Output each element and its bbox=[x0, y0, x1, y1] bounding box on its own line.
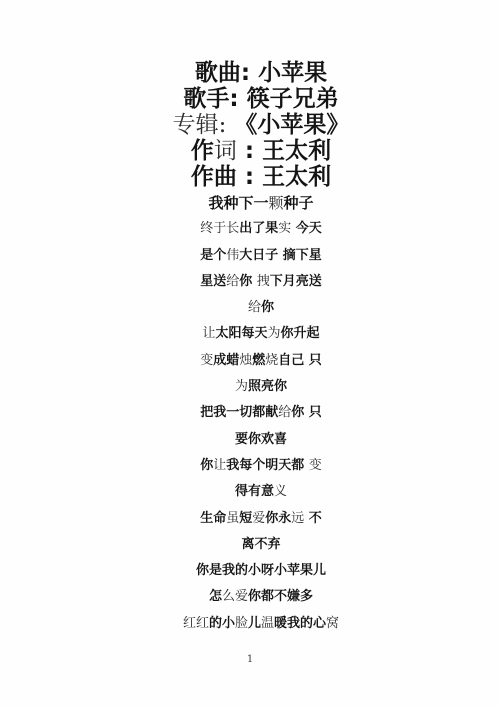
text-segment: 终于长 bbox=[200, 221, 239, 236]
text-segment: 给 bbox=[226, 274, 239, 289]
text-segment: 得有意 bbox=[235, 484, 274, 499]
lyric-line-17: 红红的小脸儿温暖我的心窝 bbox=[22, 611, 500, 637]
text-segment: 你升起 bbox=[281, 326, 320, 341]
text-segment: 么爱 bbox=[222, 589, 248, 604]
text-segment: 歌曲: 小苹果 bbox=[195, 60, 327, 86]
header-line-5: 作曲 : 王太利 bbox=[22, 164, 500, 190]
text-segment: 短 bbox=[239, 511, 252, 526]
text-segment: 给 bbox=[278, 405, 291, 420]
lyric-line-1: 我种下一颗种子 bbox=[22, 190, 500, 216]
lyric-line-13: 生命虽短爱你永远 不 bbox=[22, 506, 500, 532]
text-segment: 的小 bbox=[209, 616, 235, 631]
text-segment: 儿 bbox=[248, 616, 261, 631]
text-segment: 实 bbox=[278, 221, 291, 236]
text-segment: 要你欢喜 bbox=[235, 432, 287, 447]
text-segment: 不 bbox=[304, 511, 322, 526]
text-segment: 你 bbox=[261, 300, 274, 315]
text-segment: 为 bbox=[235, 379, 248, 394]
document-page: 歌曲: 小苹果歌手: 筷子兄弟专辑: 《小苹果》作词 : 王太利作曲 : 王太利… bbox=[0, 0, 500, 707]
text-segment: 星送 bbox=[200, 274, 226, 289]
text-segment: 出了果 bbox=[239, 221, 278, 236]
text-segment: 烛 bbox=[239, 353, 252, 368]
lyric-line-2: 终于长出了果实 今天 bbox=[22, 216, 500, 242]
lyric-line-10: 要你欢喜 bbox=[22, 427, 500, 453]
lyric-line-15: 你是我的小呀小苹果儿 bbox=[22, 558, 500, 584]
text-segment: 变 bbox=[309, 458, 322, 473]
text-segment: 今天 bbox=[291, 221, 322, 236]
text-segment: 为 bbox=[268, 326, 281, 341]
lyric-line-16: 怎么爱你都不嫌多 bbox=[22, 584, 500, 610]
text-segment: 你是我的小呀小苹果儿 bbox=[196, 563, 326, 578]
text-segment: 怎 bbox=[209, 589, 222, 604]
header-line-1: 歌曲: 小苹果 bbox=[22, 60, 500, 86]
text-segment: 生命 bbox=[200, 511, 226, 526]
lyric-line-7: 变成蜡烛燃烧自己 只 bbox=[22, 348, 500, 374]
text-segment: 《小苹果》 bbox=[226, 112, 349, 138]
lyric-line-8: 为照亮你 bbox=[22, 374, 500, 400]
lyric-line-4: 星送给你 拽下月亮送 bbox=[22, 269, 500, 295]
lyric-line-12: 得有意义 bbox=[22, 479, 500, 505]
text-segment: 太阳每天 bbox=[215, 326, 267, 341]
song-lyrics: 我种下一颗种子终于长出了果实 今天是个伟大日子 摘下星星送给你 拽下月亮送给你让… bbox=[22, 190, 500, 637]
lyric-line-5: 给你 bbox=[22, 295, 500, 321]
text-segment: 你都不嫌多 bbox=[248, 589, 313, 604]
text-segment: 红红 bbox=[183, 616, 209, 631]
text-segment: 是个 bbox=[200, 248, 226, 263]
song-header: 歌曲: 小苹果歌手: 筷子兄弟专辑: 《小苹果》作词 : 王太利作曲 : 王太利 bbox=[22, 60, 500, 190]
text-segment: 爱 bbox=[252, 511, 265, 526]
text-segment: 让 bbox=[213, 458, 226, 473]
text-segment: 让 bbox=[202, 326, 215, 341]
text-segment: 成蜡 bbox=[213, 353, 239, 368]
text-segment: 离不弃 bbox=[241, 537, 280, 552]
header-line-4: 作词 : 王太利 bbox=[22, 138, 500, 164]
text-segment: 歌手: 筷子兄弟 bbox=[183, 86, 338, 112]
text-segment: 变 bbox=[200, 353, 213, 368]
text-segment: 颗 bbox=[268, 194, 283, 212]
text-segment: 专辑: bbox=[173, 112, 227, 138]
text-segment: 烧 bbox=[265, 353, 278, 368]
text-segment: : 王太利 bbox=[237, 138, 331, 164]
text-segment: 我种下一 bbox=[208, 194, 268, 212]
lyric-line-14: 离不弃 bbox=[22, 532, 500, 558]
text-segment: 窝 bbox=[326, 616, 339, 631]
text-segment: 你 只 bbox=[291, 405, 322, 420]
lyric-line-9: 把我一切都献给你 只 bbox=[22, 400, 500, 426]
text-segment: 伟 bbox=[226, 248, 239, 263]
lyric-line-11: 你让我每个明天都 变 bbox=[22, 453, 500, 479]
text-segment: 作 bbox=[191, 138, 214, 164]
lyric-line-6: 让太阳每天为你升起 bbox=[22, 321, 500, 347]
page-number: 1 bbox=[0, 654, 500, 666]
text-segment: 种子 bbox=[284, 194, 314, 212]
text-segment: 脸 bbox=[235, 616, 248, 631]
text-segment: 暖我的心 bbox=[274, 616, 326, 631]
text-segment: 拽 bbox=[257, 274, 270, 289]
text-segment: 大日子 摘下星 bbox=[239, 248, 322, 263]
text-segment: 温 bbox=[261, 616, 274, 631]
text-segment: 下月亮送 bbox=[270, 274, 322, 289]
text-segment: 我每个明天都 bbox=[226, 458, 309, 473]
text-segment: 虽 bbox=[226, 511, 239, 526]
text-segment: 远 bbox=[291, 511, 304, 526]
text-segment: 燃 bbox=[252, 353, 265, 368]
text-segment: 你永 bbox=[265, 511, 291, 526]
text-segment: 照亮你 bbox=[248, 379, 287, 394]
text-segment: 给 bbox=[248, 300, 261, 315]
text-segment: 义 bbox=[274, 484, 287, 499]
text-segment: 你 bbox=[239, 274, 257, 289]
text-column: 歌曲: 小苹果歌手: 筷子兄弟专辑: 《小苹果》作词 : 王太利作曲 : 王太利… bbox=[22, 60, 500, 637]
lyric-line-3: 是个伟大日子 摘下星 bbox=[22, 243, 500, 269]
header-line-2: 歌手: 筷子兄弟 bbox=[22, 86, 500, 112]
text-segment: 你 bbox=[200, 458, 213, 473]
text-segment: 把我一切都献 bbox=[200, 405, 278, 420]
header-line-3: 专辑: 《小苹果》 bbox=[22, 112, 500, 138]
text-segment: 作曲 : 王太利 bbox=[191, 164, 331, 190]
text-segment: 自己 只 bbox=[278, 353, 322, 368]
text-segment: 词 bbox=[214, 138, 237, 164]
